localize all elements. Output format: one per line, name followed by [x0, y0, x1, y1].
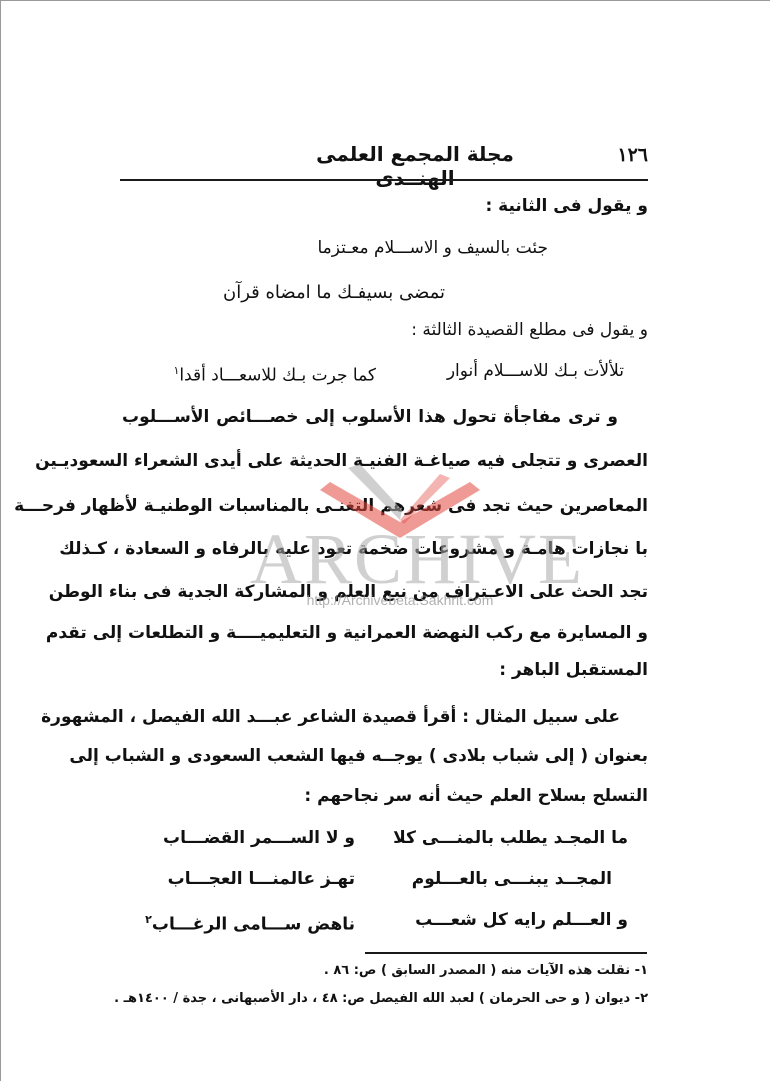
footnote-1-marker: ١- — [635, 963, 648, 978]
footnote-1: ١- نقلت هذه الآيات منه ( المصدر السابق )… — [324, 962, 648, 980]
poem-verse-1-first: ما المجـد يطلب بالمنـــى كلا — [393, 826, 628, 850]
paragraph-1-line-4: با نجازات هامـة و مشروعات ضخمة تعود عليه… — [120, 537, 648, 561]
paragraph-2-line-3: التسلح بسلاح العلم حيث أنه سر نجاحهم : — [304, 784, 648, 808]
verse-second-second-hemistich: تمضى بسيفـك ما امضاه قرآن — [223, 281, 445, 305]
footnote-ref-2: ٢ — [145, 913, 152, 926]
running-header: ١٢٦ مجلة المجمع العلمى الهنــدى — [120, 142, 648, 176]
footnote-rule — [365, 952, 647, 954]
paragraph-2-line-1: على سبيل المثال : أقرأ قصيدة الشاعر عبــ… — [122, 705, 620, 729]
poem-verse-3-first: و العـــلم رايه كل شعـــب — [415, 908, 628, 932]
poem-verse-2-first: المجــد يبنـــى بالعـــلوم — [412, 867, 612, 891]
verse-second-first-hemistich: جئت بالسيف و الاســـلام معـتزما — [318, 236, 549, 260]
poem-verse-1-second: و لا الســـمر القضـــاب — [163, 826, 355, 850]
header-rule — [120, 179, 648, 181]
poem-verse-3-second-text: ناهض ســـامى الرغـــاب — [152, 915, 355, 935]
paragraph-1-line-1: و ترى مفاجأة تحول هذا الأسلوب إلى خصـــا… — [122, 405, 618, 429]
paragraph-1-line-7: المستقبل الباهر : — [499, 658, 648, 682]
footnote-2-text: ديوان ( و حى الحرمان ) لعبد الله الفيصل … — [114, 991, 630, 1006]
poem-verse-3-second: ناهض ســـامى الرغـــاب٢ — [145, 908, 355, 937]
paragraph-1-line-3: المعاصرين حيث تجد فى شعرهم التغنـى بالمن… — [120, 494, 648, 518]
verse-third-second-text: كما جرت بـك للاسعـــاد أقدا — [179, 366, 376, 386]
verse-third-second-hemistich: كما جرت بـك للاسعـــاد أقدا١ — [173, 359, 376, 388]
journal-title: مجلة المجمع العلمى الهنــدى — [295, 142, 535, 190]
footnote-1-text: نقلت هذه الآيات منه ( المصدر السابق ) ص:… — [324, 963, 630, 978]
intro-third-poem: و يقول فى مطلع القصيدة الثالثة : — [411, 318, 648, 342]
paragraph-1-line-2: العصرى و تتجلى فيه صياغـة الفنيـة الحديث… — [120, 449, 648, 473]
footnote-2-marker: ٢- — [635, 991, 648, 1006]
paragraph-2-line-2: بعنوان ( إلى شباب بلادى ) يوجــه فيها ال… — [120, 744, 648, 768]
page-number: ١٢٦ — [617, 144, 648, 166]
intro-second-poem: و يقول فى الثانية : — [485, 194, 648, 218]
verse-third-first-hemistich: تلألأت بـك للاســـلام أنوار — [447, 359, 624, 383]
poem-verse-2-second: تهـز عالمنـــا العجـــاب — [168, 867, 355, 891]
footnote-2: ٢- ديوان ( و حى الحرمان ) لعبد الله الفي… — [114, 990, 648, 1008]
paragraph-1-line-6: و المسايرة مع ركب النهضة العمرانية و الت… — [120, 621, 648, 645]
paragraph-1-line-5: تجد الحث على الاعـتراف من نبع العلم و ال… — [120, 580, 648, 604]
